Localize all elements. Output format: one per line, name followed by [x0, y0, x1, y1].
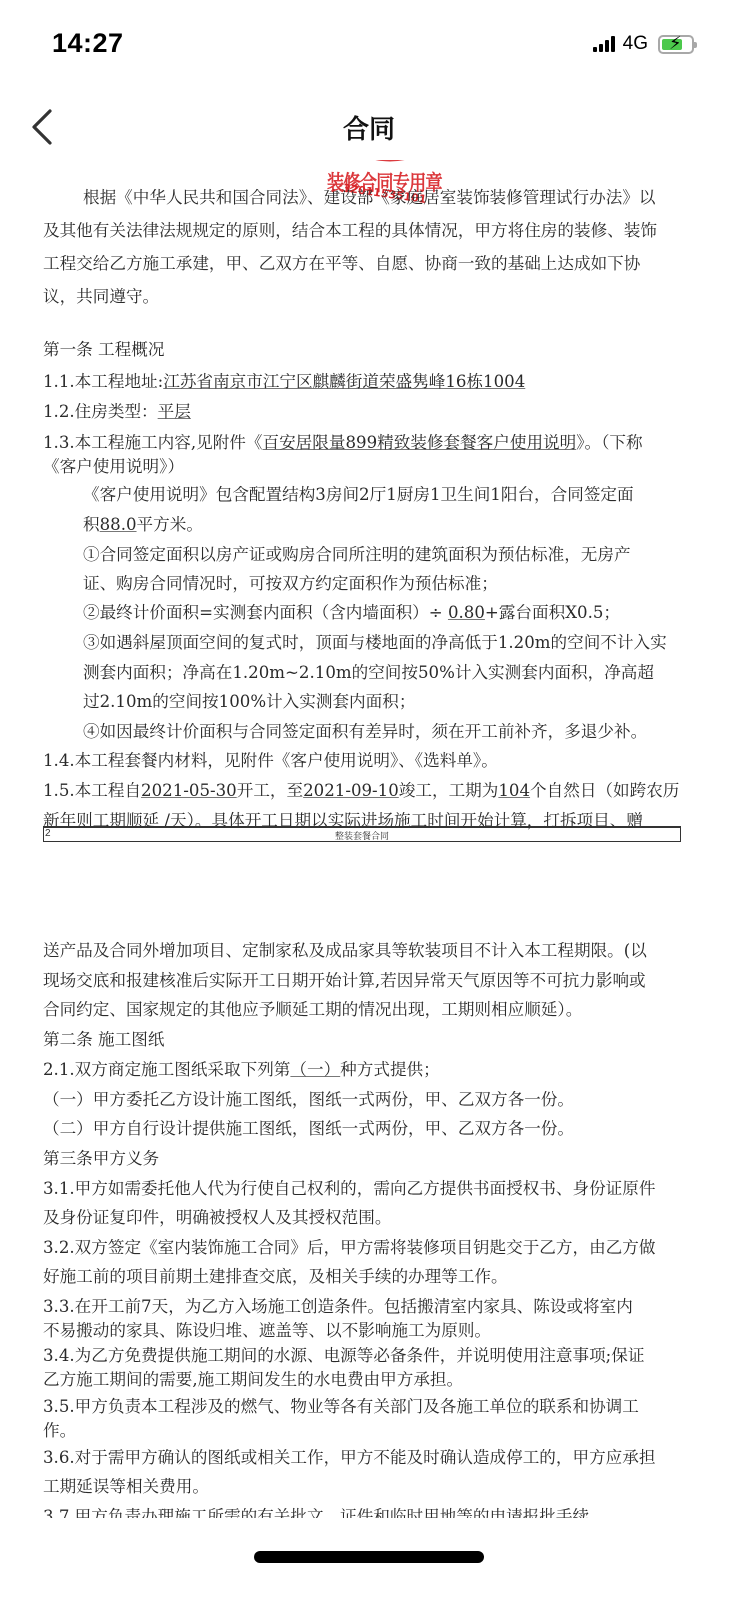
- seal-stamp-text: 装修合同专用章: [327, 167, 442, 197]
- item-1-1-label: 1.1.本工程地址:: [43, 372, 163, 391]
- item-3-5-line-2: 作。: [43, 1420, 76, 1442]
- note-1-line-1: ①合同签定面积以房产证或购房合同所注明的建筑面积为预估标准，无房产: [83, 544, 631, 566]
- item-3-7-line-1: 3.7.甲方负责办理施工所需的有关批文、证件和临时用地等的申请报批手续。: [43, 1506, 606, 1518]
- item-2-1: 2.1.双方商定施工图纸采取下列第（一）种方式提供；: [43, 1059, 440, 1081]
- config-line-2: 积88.0平方米。: [83, 514, 203, 536]
- item-1-2: 1.2.住房类型：平层: [43, 401, 191, 423]
- page-title: 合同: [0, 109, 738, 146]
- section-3-heading: 第三条甲方义务: [43, 1148, 159, 1170]
- note-3-line-1: ③如遇斜屋顶面空间的复式时，顶面与楼地面的净高低于1.20m的空间不计入实: [83, 632, 667, 654]
- duration-days: 104: [498, 781, 530, 800]
- status-indicators: 4G ⚡: [593, 33, 694, 55]
- status-time: 14:27: [52, 28, 124, 59]
- config-unit: 平方米。: [137, 515, 203, 534]
- config-line-1: 《客户使用说明》包含配置结构3房间2厅1厨房1卫生间1阳台，合同签定面: [83, 484, 634, 506]
- note-3-line-3: 过2.10m的空间按100%计入实测套内面积；: [83, 691, 415, 713]
- continued-line-3: 合同约定、国家规定的其他应予顺延工期的情况出现，工期则相应顺延）。: [43, 999, 582, 1021]
- network-type: 4G: [623, 33, 648, 55]
- item-3-2-line-2: 好施工前的项目前期土建排查交底，及相关手续的办理等工作。: [43, 1266, 508, 1288]
- item-1-5: 1.5.本工程自2021-05-30开工，至2021-09-10竣工，工期为10…: [43, 780, 679, 802]
- project-address: 江苏省南京市江宁区麒麟街道荣盛隽峰16栋1004: [163, 372, 525, 391]
- page-footer-title: 整装套餐合同: [44, 829, 680, 842]
- contract-area: 88.0: [100, 515, 137, 534]
- item-3-5-line-1: 3.5.甲方负责本工程涉及的燃气、物业等各有关部门及各施工单位的联系和协调工: [43, 1396, 639, 1418]
- section-2-heading: 第二条 施工图纸: [43, 1029, 164, 1051]
- housing-type: 平层: [158, 402, 191, 421]
- item-3-3-line-2: 不易搬动的家具、陈设归堆、遮盖等、以不影响施工为原则。: [43, 1320, 491, 1342]
- item-3-6-line-2: 工期延误等相关费用。: [43, 1476, 209, 1498]
- config-label: 积: [83, 515, 100, 534]
- continued-line-2: 现场交底和报建核准后实际开工日期开始计算,若因异常天气原因等不可抗力影响或: [43, 970, 646, 992]
- item-1-5-suffix: 个自然日（如跨农历: [530, 781, 679, 800]
- start-date: 2021-05-30: [141, 781, 237, 800]
- item-1-3-suffix: 》。（下称: [576, 433, 642, 452]
- note-2: ②最终计价面积=实测套内面积（含内墙面积）÷ 0.80+露台面积X0.5；: [83, 602, 620, 624]
- item-3-6-line-1: 3.6.对于需甲方确认的图纸或相关工作，甲方不能及时确认造成停工的，甲方应承担: [43, 1447, 655, 1469]
- item-3-4-line-1: 3.4.为乙方免费提供施工期间的水源、电源等必备条件，并说明使用注意事项;保证: [43, 1345, 644, 1367]
- section-1-heading: 第一条 工程概况: [43, 339, 164, 361]
- home-indicator[interactable]: [254, 1551, 484, 1563]
- drawing-option-1: （一）甲方委托乙方设计施工图纸，图纸一式两份，甲、乙双方各一份。: [43, 1089, 574, 1111]
- item-2-1-suffix: 种方式提供；: [340, 1060, 440, 1079]
- drawing-option-choice: （一）: [290, 1060, 340, 1079]
- item-1-3-line-2: 《客户使用说明》）: [43, 456, 184, 478]
- item-1-3-label: 1.3.本工程施工内容,见附件《: [43, 433, 262, 452]
- intro-line-3: 工程交给乙方施工承建，甲、乙双方在平等、自愿、协商一致的基础上达成如下协: [43, 253, 640, 275]
- item-1-5-text-2: 竣工，工期为: [399, 781, 499, 800]
- area-coefficient: 0.80: [448, 603, 485, 622]
- intro-line-2: 及其他有关法律法规规定的原则，结合本工程的具体情况，甲方将住房的装修、装饰: [43, 220, 657, 242]
- item-2-1-label: 2.1.双方商定施工图纸采取下列第: [43, 1060, 290, 1079]
- note-2-suffix: +露台面积X0.5；: [485, 603, 620, 622]
- item-1-4: 1.4.本工程套餐内材料，见附件《客户使用说明》、《选料单》。: [43, 750, 498, 772]
- end-date: 2021-09-10: [303, 781, 399, 800]
- note-4: ④如因最终计价面积与合同签定面积有差异时，须在开工前补齐，多退少补。: [83, 721, 647, 743]
- status-bar: 14:27 4G ⚡: [0, 0, 738, 90]
- item-3-1-line-2: 及身份证复印件，明确被授权人及其授权范围。: [43, 1207, 391, 1229]
- battery-charging-icon: ⚡: [658, 35, 694, 54]
- item-1-5-text: 开工，至: [237, 781, 303, 800]
- item-3-3-line-1: 3.3.在开工前7天，为乙方入场施工创造条件。包括搬清室内家具、陈设或将室内: [43, 1296, 633, 1318]
- intro-line-4: 议，共同遵守。: [43, 286, 159, 308]
- item-1-2-label: 1.2.住房类型：: [43, 402, 158, 421]
- note-3-line-2: 测套内面积；净高在1.20m~2.10m的空间按50%计入实测套内面积，净高超: [83, 662, 654, 684]
- item-1-5-label: 1.5.本工程自: [43, 781, 141, 800]
- item-3-2-line-1: 3.2.双方签定《室内装饰施工合同》后，甲方需将装修项目钥匙交于乙方，由乙方做: [43, 1237, 655, 1259]
- drawing-option-2: （二）甲方自行设计提供施工图纸，图纸一式两份，甲、乙双方各一份。: [43, 1118, 574, 1140]
- nav-bar: 合同: [0, 95, 738, 160]
- signal-icon: [593, 36, 615, 52]
- item-3-1-line-1: 3.1.甲方如需委托他人代为行使自己权利的，需向乙方提供书面授权书、身份证原件: [43, 1178, 655, 1200]
- note-2-formula: ②最终计价面积=实测套内面积（含内墙面积）÷: [83, 603, 448, 622]
- item-1-1: 1.1.本工程地址:江苏省南京市江宁区麒麟街道荣盛隽峰16栋1004: [43, 371, 525, 393]
- item-3-4-line-2: 乙方施工期间的需要,施工期间发生的水电费由甲方承担。: [43, 1369, 463, 1391]
- item-1-3: 1.3.本工程施工内容,见附件《百安居限量899精致装修套餐客户使用说明》。（下…: [43, 432, 643, 454]
- package-name: 百安居限量899精致装修套餐客户使用说明: [262, 433, 576, 452]
- note-1-line-2: 证、购房合同情况时，可按双方约定面积作为预估标准；: [83, 573, 498, 595]
- contract-document[interactable]: 32011535101 根据《中华人民共和国合同法》、建设部《家庭居室装饰装修管…: [0, 160, 738, 1530]
- continued-line-1: 送产品及合同外增加项目、定制家私及成品家具等软装项目不计入本工程期限。(以: [43, 940, 647, 962]
- page-footer: 2 整装套餐合同: [43, 826, 681, 842]
